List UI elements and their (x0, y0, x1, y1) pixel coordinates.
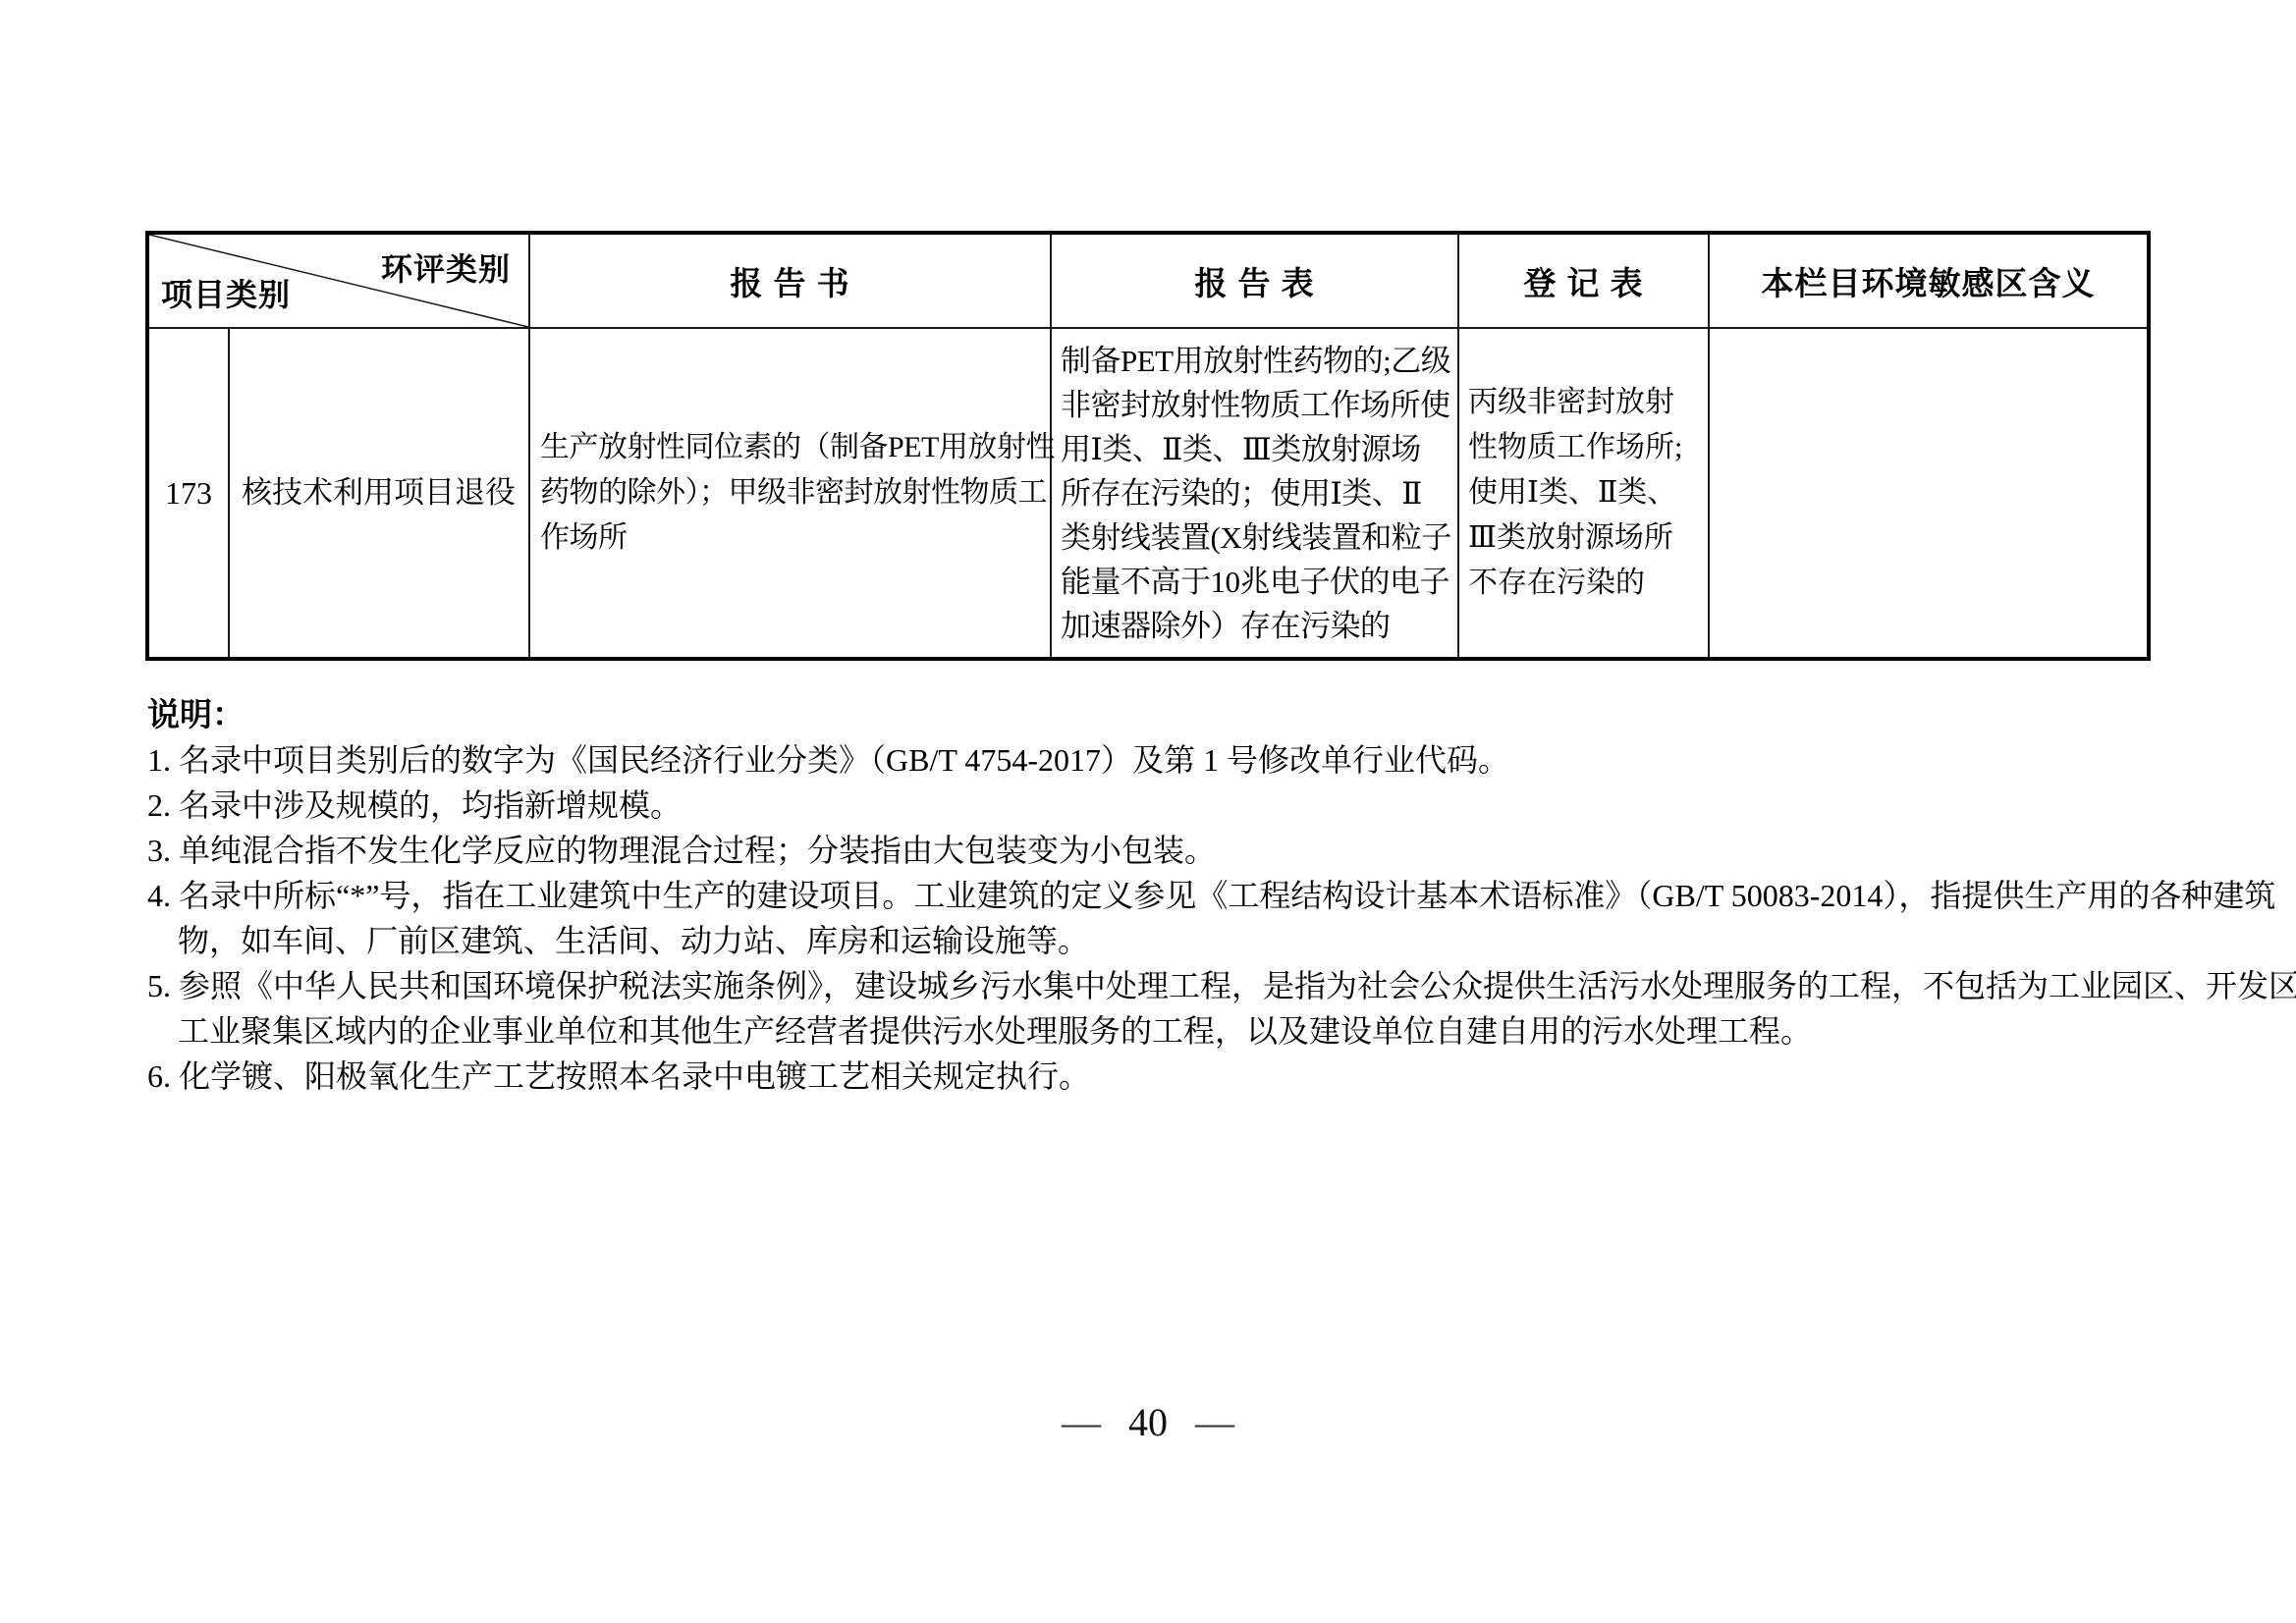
note-item-5: 5. 参照《中华人民共和国环境保护税法实施条例》，建设城乡污水集中处理工程，是指… (147, 963, 2259, 1054)
header-diagonal-cell: 环评类别 项目类别 (149, 235, 530, 329)
note-item-2: 2. 名录中涉及规模的，均指新增规模。 (147, 783, 2259, 828)
row-registration-form-cell: 丙级非密封放射 性物质工作场所; 使用Ⅰ类、Ⅱ类、 Ⅲ类放射源场所 不存在污染的 (1459, 329, 1710, 657)
note-item-6: 6. 化学镀、阳极氧化生产工艺按照本名录中电镀工艺相关规定执行。 (147, 1054, 2259, 1099)
note-item-4: 4. 名录中所标“*”号，指在工业建筑中生产的建设项目。工业建筑的定义参见《工程… (147, 873, 2259, 963)
eia-category-table: 环评类别 项目类别 报 告 书 报 告 表 登 记 表 本栏目环境敏感区含义 1… (145, 231, 2151, 661)
header-project-category-label: 项目类别 (161, 270, 291, 315)
notes-heading: 说明： (147, 692, 2259, 737)
header-report-book: 报 告 书 (530, 235, 1052, 329)
row-report-form-cell: 制备PET用放射性药物的;乙级 非密封放射性物质工作场所使 用Ⅰ类、Ⅱ类、Ⅲ类放… (1052, 329, 1459, 657)
header-eia-category-label: 环评类别 (381, 244, 511, 290)
row-sensitive-meaning-cell (1710, 329, 2147, 657)
note-item-3: 3. 单纯混合指不发生化学反应的物理混合过程；分装指由大包装变为小包装。 (147, 828, 2259, 873)
header-registration-form: 登 记 表 (1459, 235, 1710, 329)
row-code-cell: 173 (149, 329, 230, 657)
page-number: 40 (1128, 1399, 1168, 1445)
row-category-cell: 核技术利用项目退役 (230, 329, 530, 657)
page-footer: — 40 — (0, 1399, 2296, 1444)
footer-right-dash: — (1195, 1399, 1234, 1445)
document-page: 环评类别 项目类别 报 告 书 报 告 表 登 记 表 本栏目环境敏感区含义 1… (0, 0, 2296, 1623)
notes-section: 说明： 1. 名录中项目类别后的数字为《国民经济行业分类》（GB/T 4754-… (147, 692, 2259, 1099)
footer-left-dash: — (1062, 1399, 1101, 1445)
note-item-1: 1. 名录中项目类别后的数字为《国民经济行业分类》（GB/T 4754-2017… (147, 737, 2259, 783)
header-sensitive-area-meaning: 本栏目环境敏感区含义 (1710, 235, 2147, 329)
row-report-book-cell: 生产放射性同位素的（制备PET用放射性 药物的除外）；甲级非密封放射性物质工 作… (530, 329, 1052, 657)
header-report-form: 报 告 表 (1052, 235, 1459, 329)
